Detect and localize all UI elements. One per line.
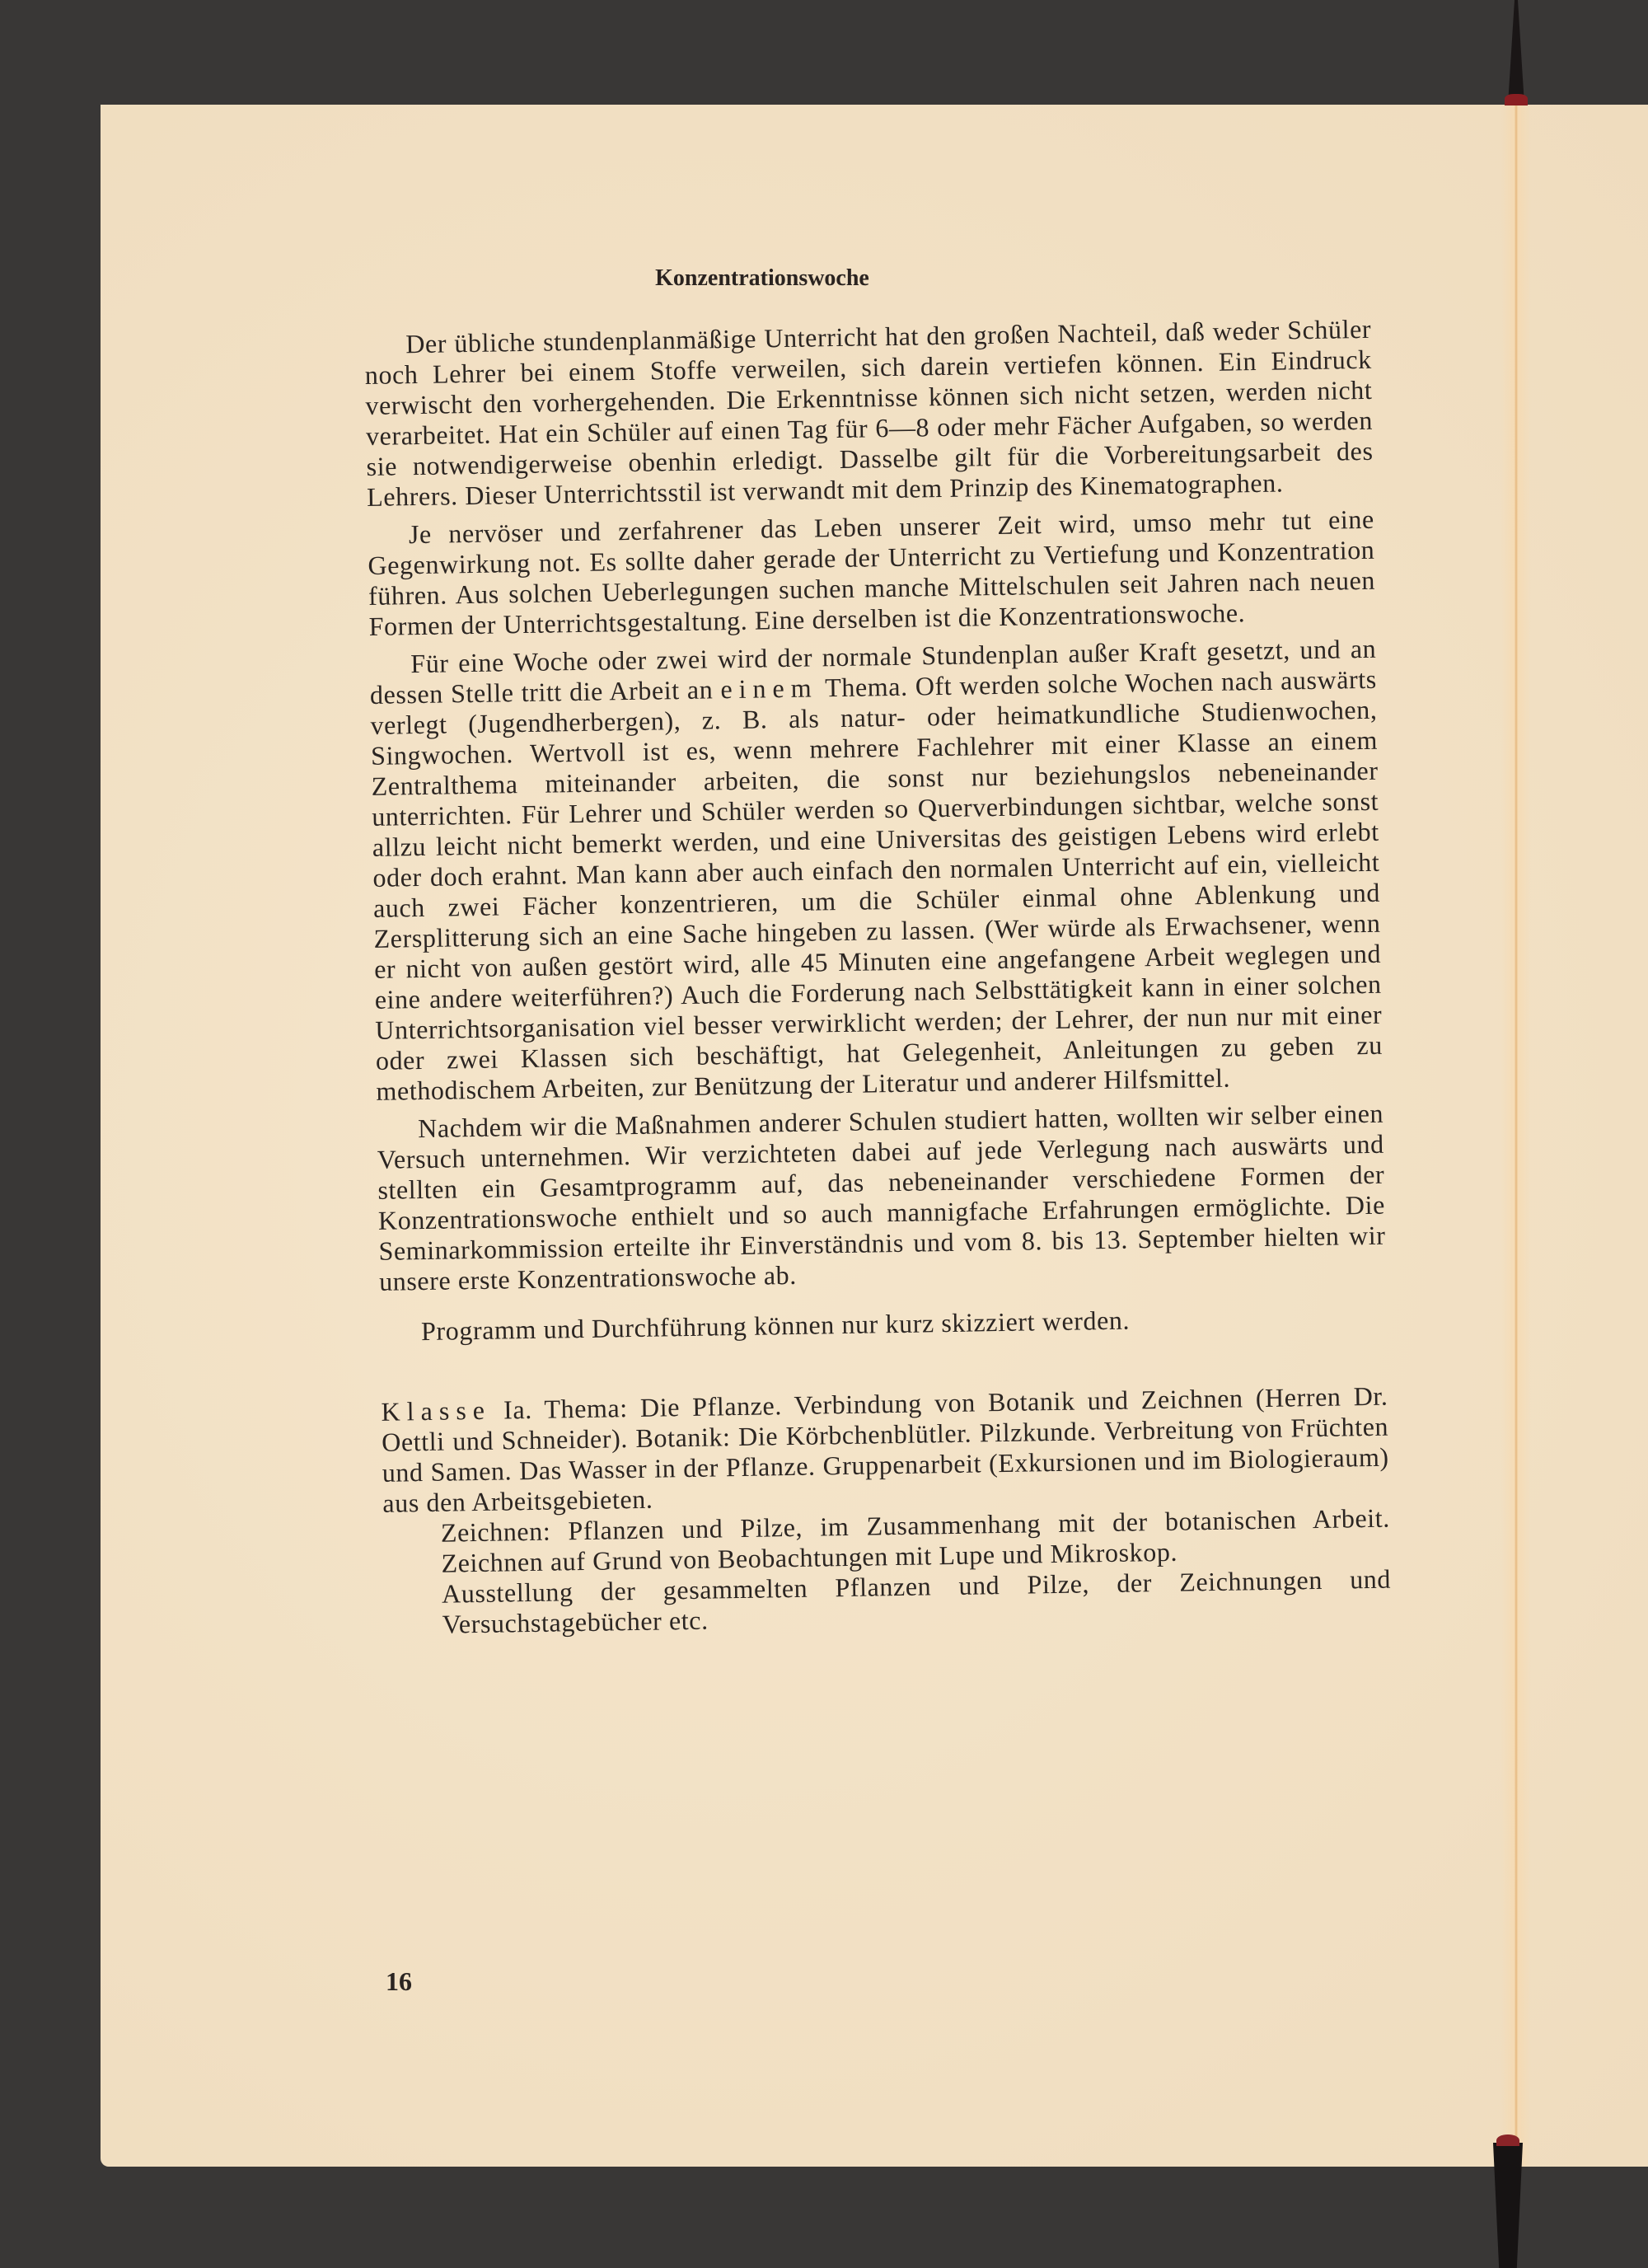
paragraph-3: Für eine Woche oder zwei wird der normal… bbox=[369, 634, 1383, 1107]
paragraph-2: Je nervöser und zerfahrener das Leben un… bbox=[368, 504, 1376, 642]
paragraph-4: Nachdem wir die Maßnahmen anderer Schule… bbox=[377, 1099, 1386, 1297]
spine-bookmark-top bbox=[1505, 94, 1528, 105]
spine-bookmark-bottom bbox=[1496, 2134, 1519, 2146]
body-text: Der übliche stundenplanmäßige Unterricht… bbox=[364, 314, 1392, 1641]
klasse-entry: Klasse Ia. Thema: Die Pflanze. Verbindun… bbox=[381, 1381, 1391, 1641]
klasse-label: Klasse bbox=[381, 1395, 491, 1427]
paragraph-5: Programm und Durchführung können nur kur… bbox=[380, 1301, 1387, 1347]
klasse-description: Ia. Thema: Die Pflanze. Verbindung von B… bbox=[382, 1381, 1389, 1518]
book-spine-bottom bbox=[1493, 2143, 1523, 2268]
paragraph-3-after: Thema. Oft werden solche Wochen nach aus… bbox=[370, 664, 1383, 1106]
page-number: 16 bbox=[386, 1966, 412, 1997]
book-gutter bbox=[1515, 105, 1518, 2167]
book-spine-top bbox=[1508, 0, 1524, 105]
paragraph-1: Der übliche stundenplanmäßige Unterricht… bbox=[364, 314, 1374, 513]
page-title: Konzentrationswoche bbox=[0, 265, 1648, 292]
klasse-entry-first: Klasse Ia. Thema: Die Pflanze. Verbindun… bbox=[381, 1381, 1389, 1519]
emphasis-word: einem bbox=[720, 672, 818, 704]
